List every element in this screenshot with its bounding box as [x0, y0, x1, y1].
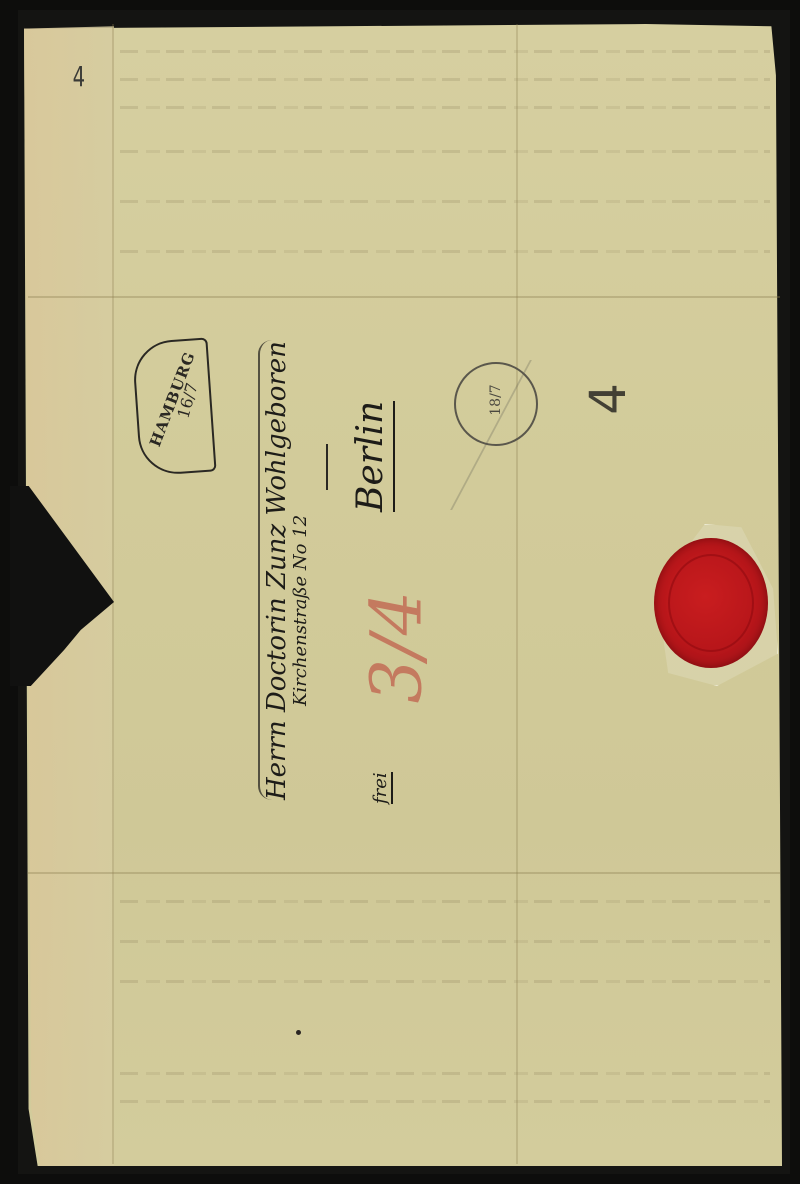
- ink-spot: [296, 1030, 301, 1035]
- address-street: Kirchenstraße No 12: [290, 515, 311, 706]
- faint-bleedthrough-text: [120, 940, 770, 943]
- red-chalk-annotation: 3/4: [355, 591, 437, 704]
- faint-bleedthrough-text: [120, 250, 770, 253]
- fold-line-vertical: [112, 24, 114, 1164]
- faint-bleedthrough-text: [120, 200, 770, 203]
- address-city: Berlin: [350, 401, 395, 512]
- pencil-mark: 4: [579, 383, 637, 415]
- fold-line-horizontal: [28, 296, 780, 298]
- faint-bleedthrough-text: [120, 78, 770, 81]
- faint-bleedthrough-text: [120, 1072, 770, 1075]
- fold-line-vertical: [516, 24, 518, 1164]
- page-number: 4: [73, 60, 85, 93]
- faint-bleedthrough-text: [120, 980, 770, 983]
- address-frei-note: frei: [370, 772, 393, 804]
- address-dash: [326, 444, 328, 490]
- faint-bleedthrough-text: [120, 50, 770, 53]
- faint-bleedthrough-text: [120, 1100, 770, 1103]
- faint-bleedthrough-text: [120, 106, 770, 109]
- address-recipient: Herrn Doctorin Zunz Wohlgeboren: [262, 341, 292, 800]
- fold-line-horizontal: [28, 872, 780, 874]
- postmark-hamburg: HAMBURG 16/7: [131, 338, 216, 477]
- faint-bleedthrough-text: [120, 900, 770, 903]
- faint-bleedthrough-text: [120, 150, 770, 153]
- wax-seal-impression: [668, 554, 754, 652]
- wax-seal: [654, 538, 768, 668]
